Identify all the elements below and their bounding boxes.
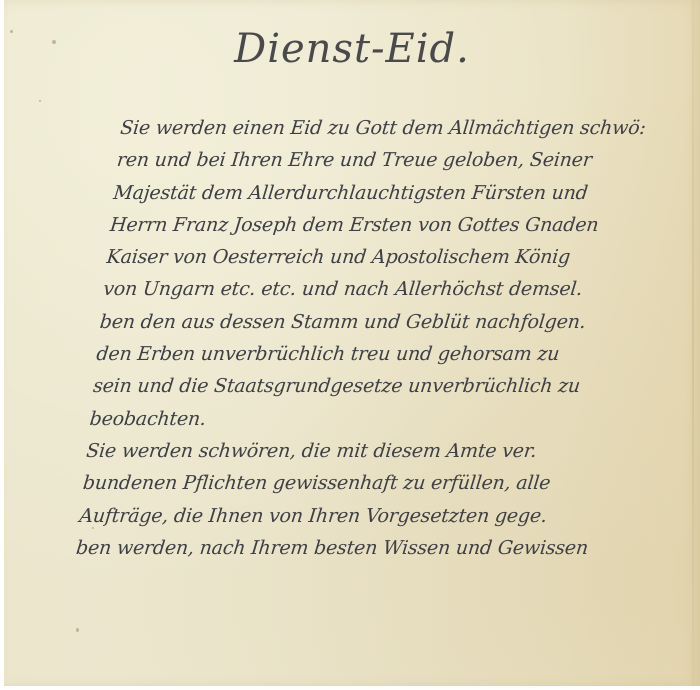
paper-edge-shadow (692, 0, 694, 686)
text-line: ren und bei Ihren Ehre und Treue geloben… (115, 144, 678, 176)
text-line: bundenen Pflichten gewissenhaft zu erfül… (81, 467, 644, 499)
paper-speck (39, 100, 41, 102)
text-line: beobachten. (88, 403, 651, 435)
paper-speck (76, 628, 79, 632)
text-line: Aufträge, die Ihnen von Ihren Vorgesetzt… (78, 500, 641, 532)
text-line: den Erben unverbrüchlich treu und gehors… (95, 338, 658, 370)
document-page: Dienst-Eid. Sie werden einen Eid zu Gott… (4, 0, 700, 686)
text-line: ben den aus dessen Stamm und Geblüt nach… (98, 306, 661, 338)
text-line: Herrn Franz Joseph dem Ersten von Gottes… (108, 209, 671, 241)
text-line: Kaiser von Oesterreich und Apostolischem… (105, 241, 668, 273)
text-line: ben werden, nach Ihrem besten Wissen und… (74, 532, 637, 564)
document-title: Dienst-Eid. (4, 26, 700, 72)
text-line: Majestät dem Allerdurchlauchtigsten Fürs… (112, 177, 675, 209)
text-line: sein und die Staatsgrundgesetze unverbrü… (91, 370, 654, 402)
text-line: von Ungarn etc. etc. und nach Allerhöchs… (102, 273, 665, 305)
oath-text: Sie werden einen Eid zu Gott dem Allmäch… (74, 112, 682, 564)
text-line: Sie werden schwören, die mit diesem Amte… (85, 435, 648, 467)
text-line: Sie werden einen Eid zu Gott dem Allmäch… (119, 112, 682, 144)
